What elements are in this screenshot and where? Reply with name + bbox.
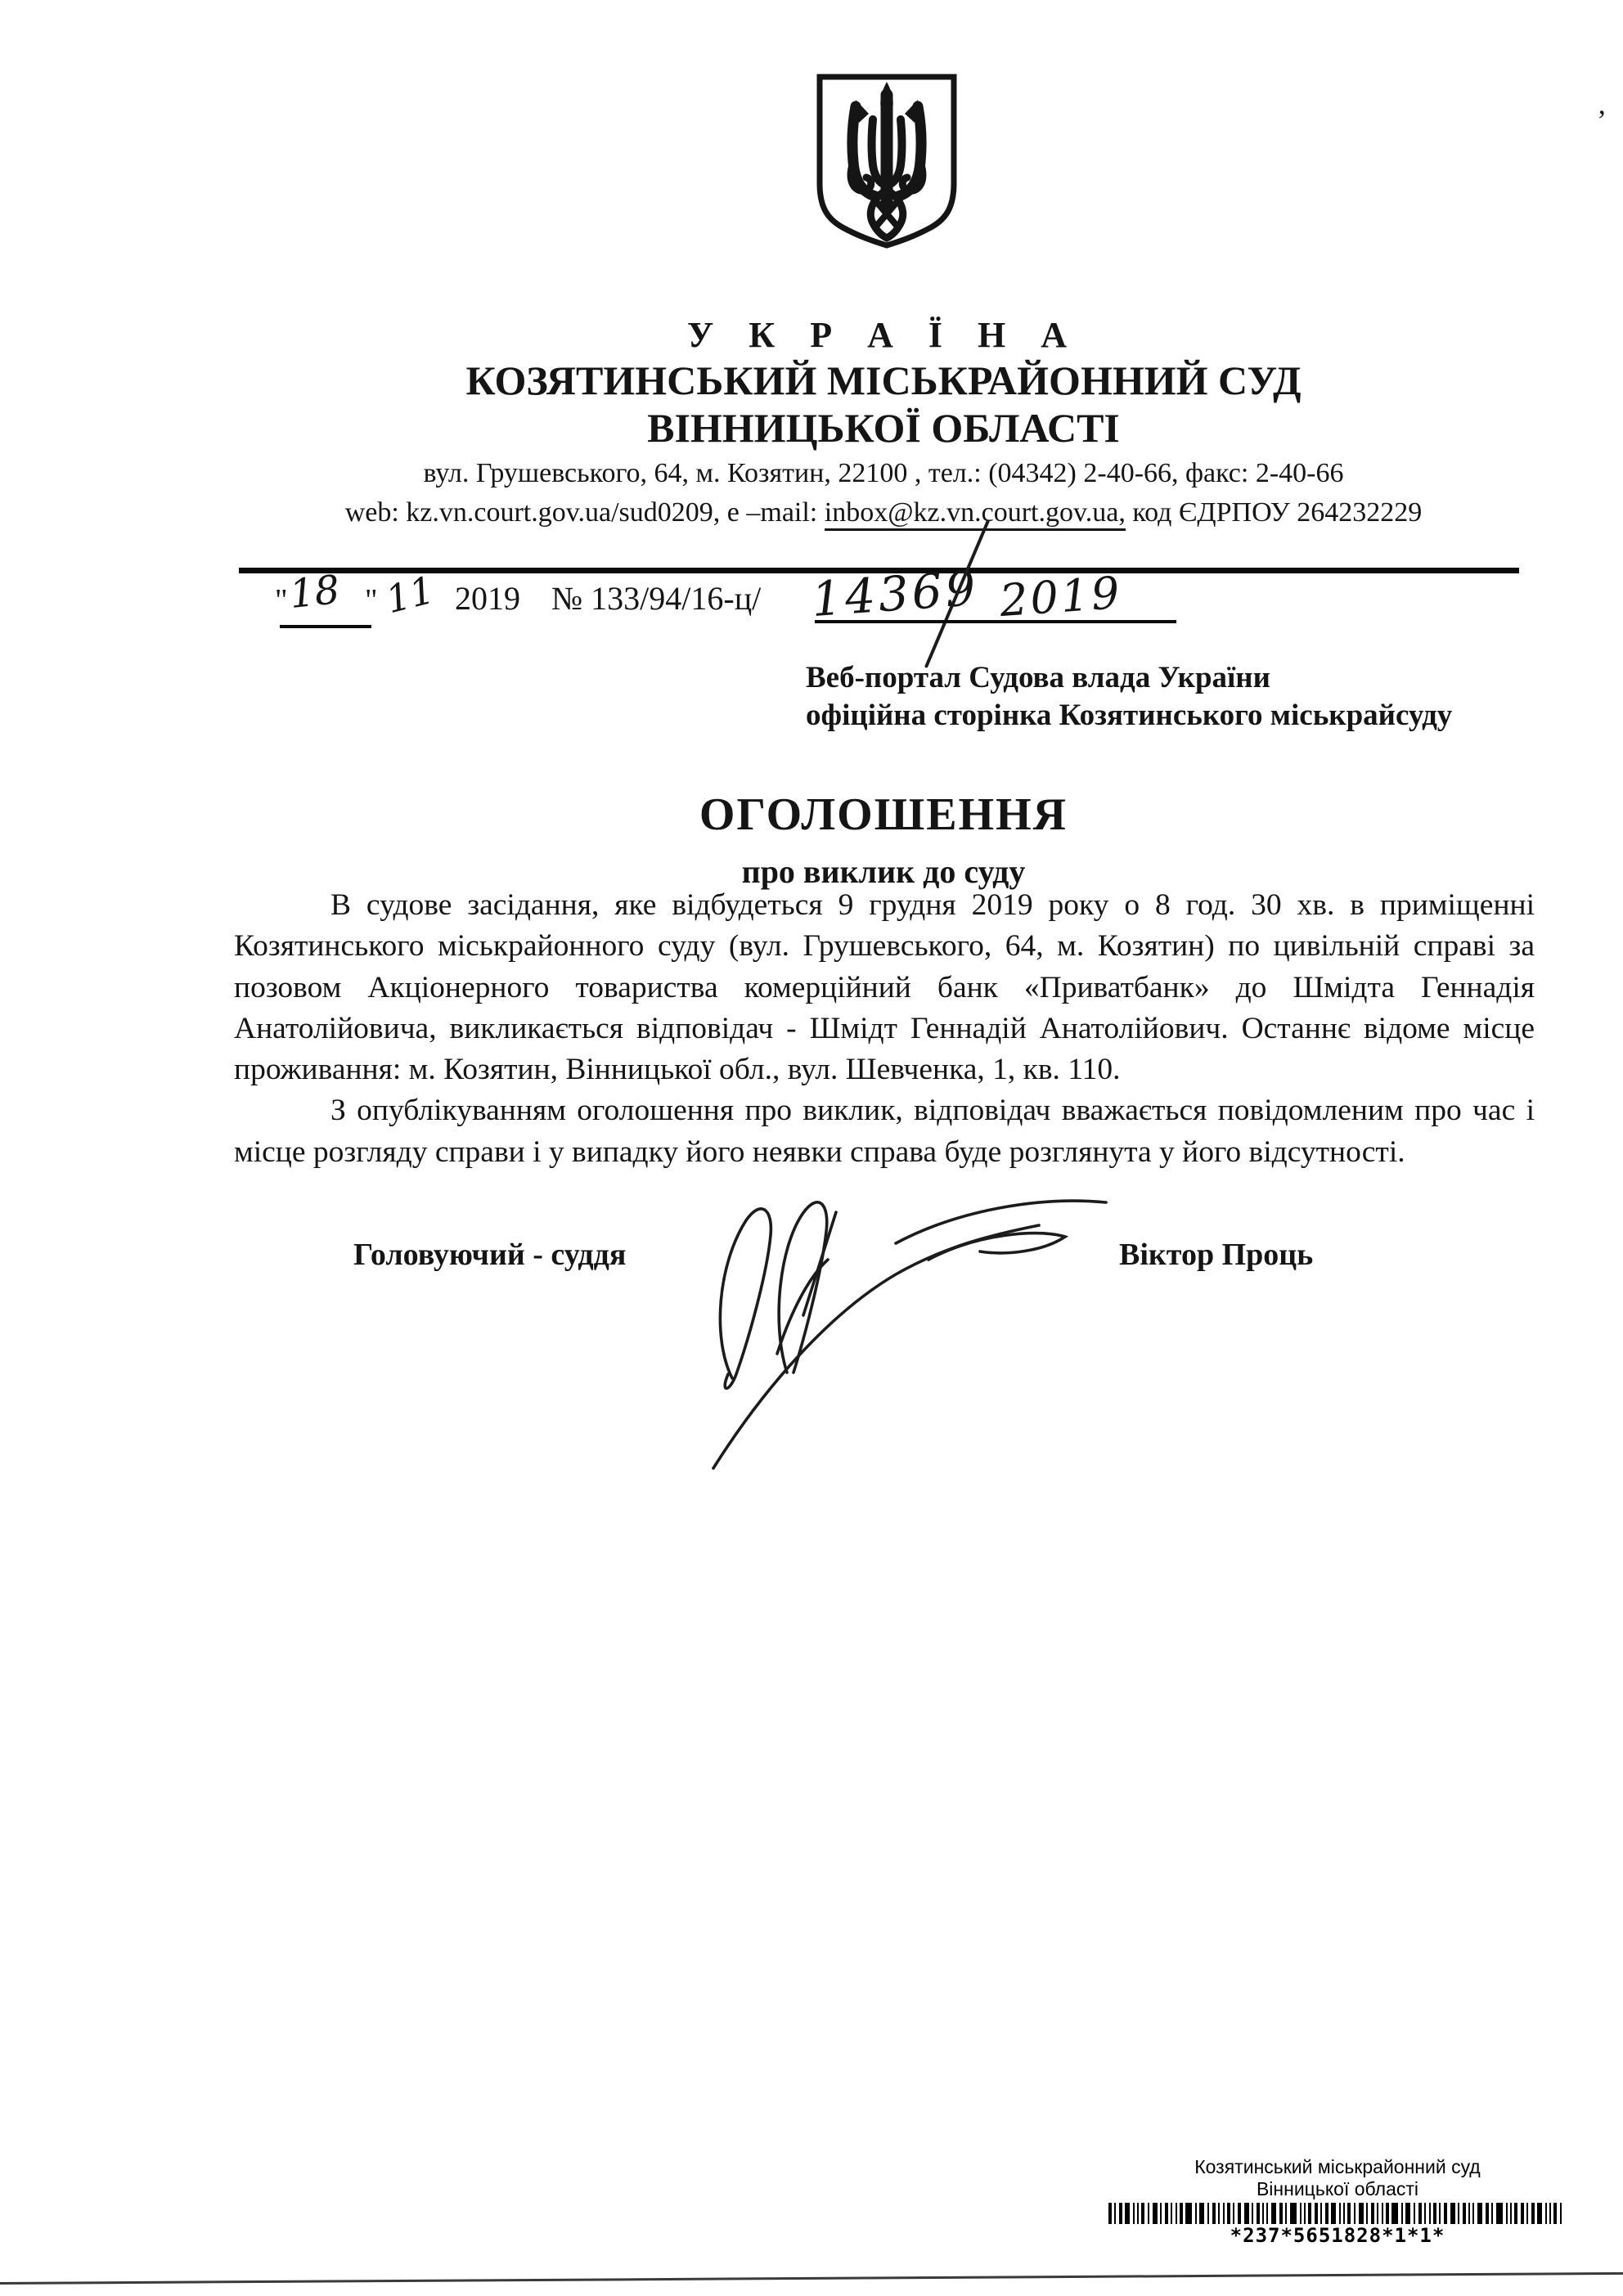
announcement-title: ОГОЛОШЕННЯ — [147, 789, 1620, 841]
judge-role-label: Головуючий - суддя — [353, 1237, 626, 1273]
registry-number-underline — [815, 620, 1176, 623]
barcode-value: *237*5651828*1*1* — [1096, 2225, 1579, 2247]
ukraine-trident-emblem — [808, 67, 965, 252]
court-address-line: вул. Грушевського, 64, м. Козятин, 22100… — [147, 458, 1620, 489]
handwritten-registry-number-right: 2019 — [998, 567, 1123, 627]
addressee-line1: Веб-портал Судова влада України — [806, 659, 1452, 697]
web-line-suffix: код ЄДРПОУ 264232229 — [1126, 497, 1422, 528]
court-email: inbox@kz.vn.court.gov.ua, — [825, 497, 1126, 531]
handwritten-day: 18 — [287, 567, 342, 618]
addressee-block: Веб-портал Судова влада України офіційна… — [806, 659, 1452, 735]
court-web-line: web: kz.vn.court.gov.ua/sud0209, e –mail… — [147, 497, 1620, 528]
document-year: 2019 — [455, 579, 520, 618]
court-name: КОЗЯТИНСЬКИЙ МІСЬКРАЙОННИЙ СУД — [147, 357, 1620, 404]
judge-name: Віктор Проць — [1119, 1237, 1313, 1273]
day-underline — [280, 625, 371, 628]
announcement-paragraph-2: З опублікуванням оголошення про виклик, … — [234, 1090, 1535, 1173]
stamp-court-name: Козятинський міськрайонний суд — [1096, 2156, 1579, 2178]
court-region: ВІННИЦЬКОЇ ОБЛАСТІ — [147, 404, 1620, 452]
date-open-quote: " — [275, 582, 288, 618]
scan-edge-line — [0, 2272, 1623, 2285]
announcement-paragraph-1: В судове засідання, яке відбудеться 9 гр… — [234, 885, 1535, 1090]
registration-stamp: Козятинський міськрайонний суд Вінницько… — [1096, 2156, 1579, 2247]
web-line-prefix: web: kz.vn.court.gov.ua/sud0209, e –mail… — [345, 497, 825, 528]
announcement-body: В судове засідання, яке відбудеться 9 гр… — [234, 885, 1535, 1173]
addressee-line2: офіційна сторінка Козятинського міськрай… — [806, 697, 1452, 735]
stamp-court-region: Вінницької області — [1096, 2178, 1579, 2200]
barcode — [1108, 2203, 1567, 2224]
handwritten-month: 11 — [381, 568, 438, 622]
case-number: № 133/94/16-ц/ — [551, 579, 761, 618]
court-document-page: ’ У К Р А Ї Н А КОЗЯТИНСЬКИЙ МІСЬКРАЙОНН… — [0, 0, 1623, 2296]
date-close-quote: " — [365, 582, 378, 618]
scan-corner-mark: ’ — [1597, 103, 1607, 137]
judge-signature — [695, 1178, 1121, 1480]
country-title: У К Р А Ї Н А — [147, 314, 1620, 356]
